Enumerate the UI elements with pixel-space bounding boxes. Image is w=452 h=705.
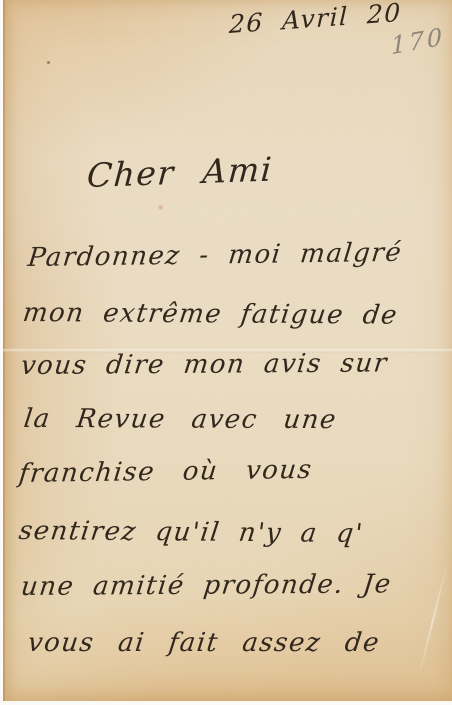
salutation: Cher Ami bbox=[86, 149, 275, 195]
body-line: mon extrême fatigue de bbox=[21, 298, 400, 331]
body-line: Pardonnez - moi malgré bbox=[26, 238, 403, 273]
pencil-page-number: 170 bbox=[391, 22, 446, 60]
body-line: une amitié profonde. Je bbox=[19, 569, 393, 602]
crease-mark bbox=[418, 562, 449, 679]
letter-scan: 26 Avril 20 170 Cher Ami Pardonnez - moi… bbox=[0, 0, 452, 705]
body-line: sentirez qu'il n'y a q' bbox=[17, 516, 365, 549]
paper-speck bbox=[47, 61, 50, 64]
date-annotation: 26 Avril 20 bbox=[228, 0, 402, 39]
body-line: la Revue avec une bbox=[22, 404, 339, 435]
body-line: vous ai fait assez de bbox=[26, 628, 382, 658]
body-line: franchise où vous bbox=[17, 455, 314, 489]
paper-stain bbox=[157, 204, 164, 211]
paper-sheet: 26 Avril 20 170 Cher Ami Pardonnez - moi… bbox=[3, 0, 452, 701]
body-line: vous dire mon avis sur bbox=[19, 348, 389, 381]
